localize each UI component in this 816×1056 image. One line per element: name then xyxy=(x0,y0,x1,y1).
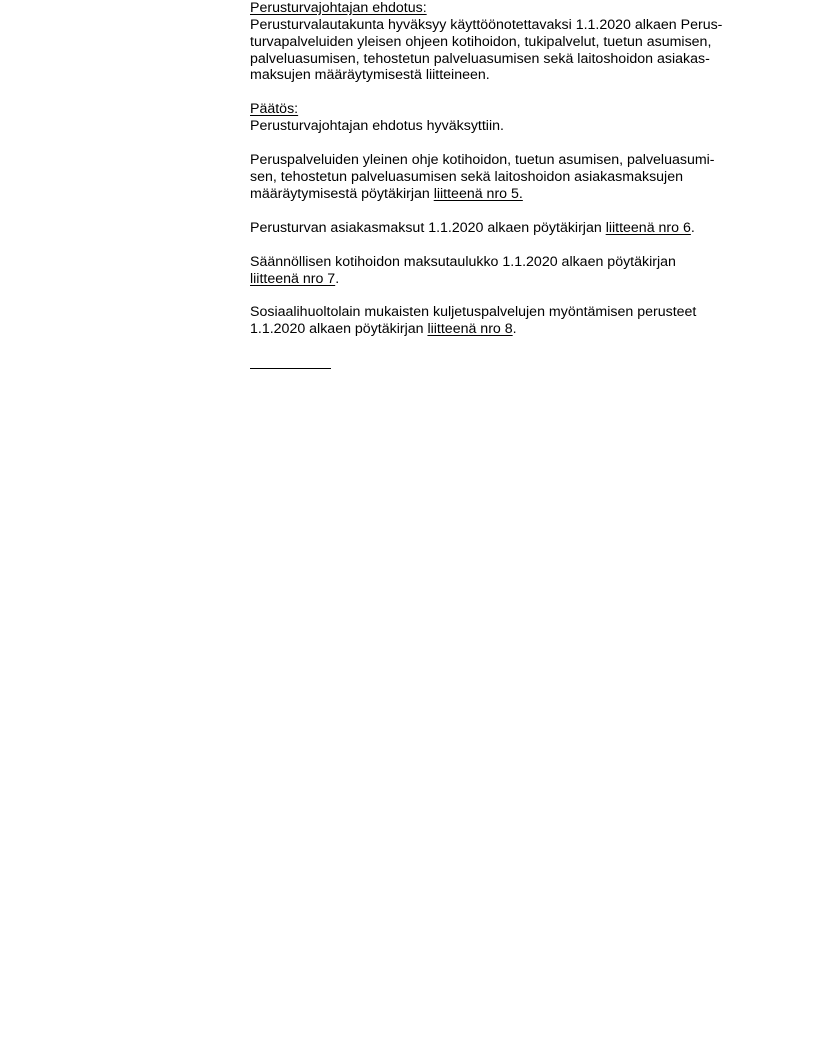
attachment-text: määräytymisestä pöytäkirjan xyxy=(250,186,434,202)
attachment-text-line: Säännöllisen kotihoidon maksutaulukko 1.… xyxy=(250,254,676,271)
attachment-link-5[interactable]: liitteenä nro 5. xyxy=(434,186,523,202)
document-page: Perusturvajohtajan ehdotus: Perusturvala… xyxy=(0,0,816,1056)
attachment-suffix: . xyxy=(691,220,695,236)
attachment-suffix: . xyxy=(335,271,339,287)
attachment-link-8[interactable]: liitteenä nro 8 xyxy=(427,321,512,337)
attachment-text: Perusturvan asiakasmaksut 1.1.2020 alkae… xyxy=(250,220,606,236)
section-end-rule xyxy=(250,368,331,369)
proposal-text-line: turvapalveluiden yleisen ohjeen kotihoid… xyxy=(250,34,711,51)
decision-text: Perusturvajohtajan ehdotus hyväksyttiin. xyxy=(250,118,504,135)
decision-heading: Päätös: xyxy=(250,101,298,118)
attachment-suffix: . xyxy=(513,321,517,337)
attachment-text-line: sen, tehostetun palveluasumisen sekä lai… xyxy=(250,169,683,186)
proposal-text-line: Perusturvalautakunta hyväksyy käyttöönot… xyxy=(250,17,722,34)
attachment-link-6[interactable]: liitteenä nro 6 xyxy=(606,220,691,236)
attachment-paragraph-8: 1.1.2020 alkaen pöytäkirjan liitteenä nr… xyxy=(250,321,517,338)
attachment-link-7[interactable]: liitteenä nro 7 xyxy=(250,271,335,287)
attachment-text-line: Sosiaalihuoltolain mukaisten kuljetuspal… xyxy=(250,304,696,321)
proposal-heading: Perusturvajohtajan ehdotus: xyxy=(250,0,427,17)
attachment-paragraph-6: Perusturvan asiakasmaksut 1.1.2020 alkae… xyxy=(250,220,695,237)
attachment-text: 1.1.2020 alkaen pöytäkirjan xyxy=(250,321,427,337)
proposal-text-line: maksujen määräytymisestä liitteineen. xyxy=(250,67,490,84)
attachment-paragraph-7: liitteenä nro 7. xyxy=(250,271,339,288)
proposal-text-line: palveluasumisen, tehostetun palveluasumi… xyxy=(250,51,710,68)
attachment-paragraph-5: määräytymisestä pöytäkirjan liitteenä nr… xyxy=(250,186,523,203)
attachment-text-line: Peruspalveluiden yleinen ohje kotihoidon… xyxy=(250,152,715,169)
